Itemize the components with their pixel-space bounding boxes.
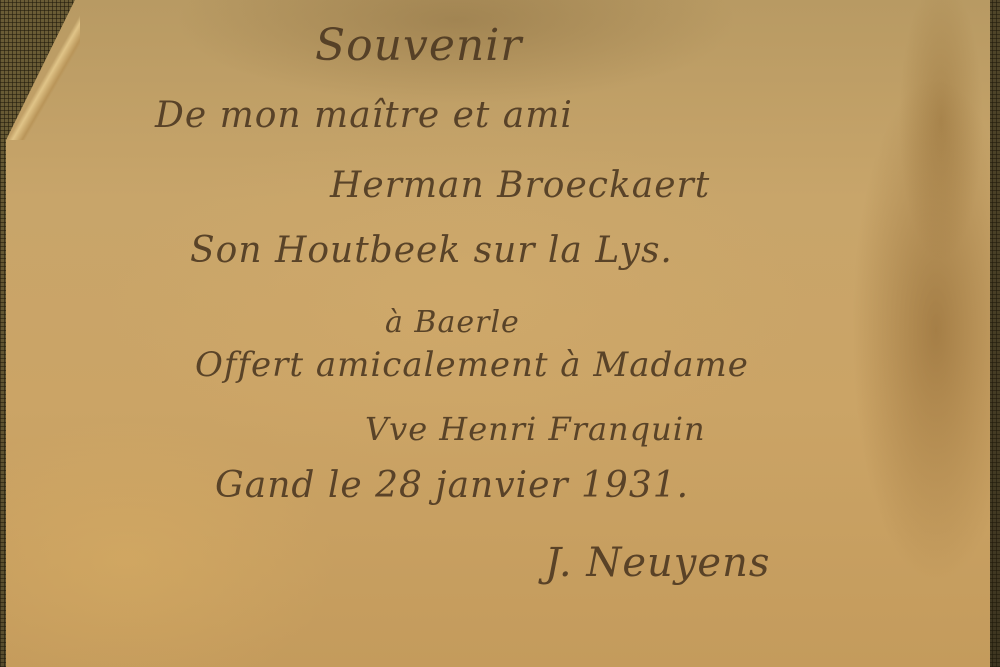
signature: J. Neuyens — [545, 540, 770, 586]
line-recipient: Vve Henri Franquin — [365, 410, 706, 448]
line-artist-name: Herman Broeckaert — [330, 165, 710, 206]
line-artwork-title: Son Houtbeek sur la Lys. — [190, 230, 673, 271]
line-offered: Offert amicalement à Madame — [195, 345, 749, 385]
folded-corner — [0, 0, 80, 140]
line-location: à Baerle — [385, 305, 520, 340]
title-souvenir: Souvenir — [315, 20, 522, 71]
line-date: Gand le 28 janvier 1931. — [215, 465, 689, 506]
line-dedication: De mon maître et ami — [155, 95, 573, 136]
